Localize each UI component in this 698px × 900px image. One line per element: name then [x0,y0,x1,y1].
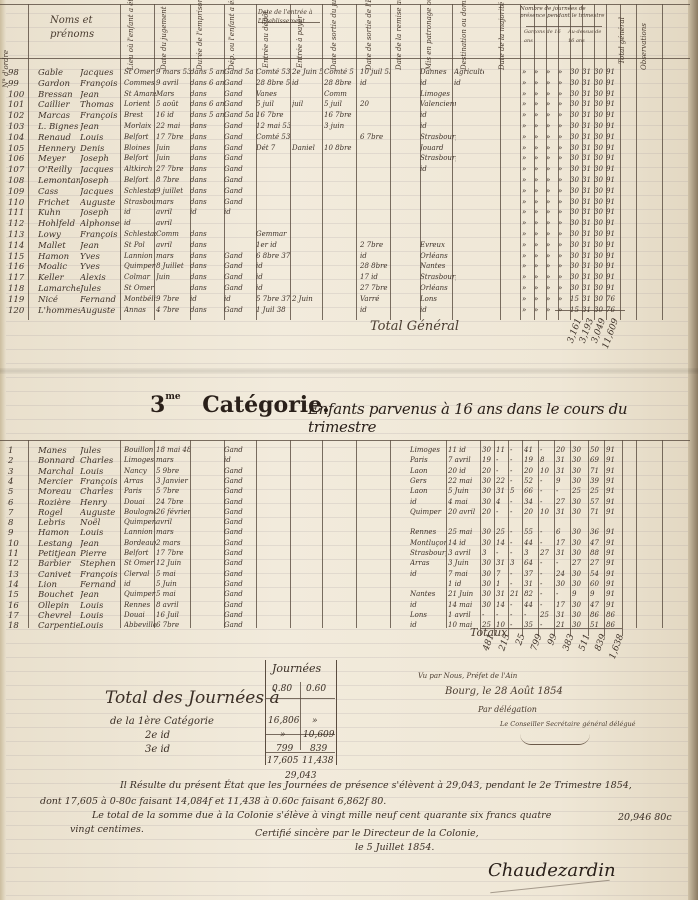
cell-dest: Lons [410,611,446,619]
cell-days: 31 [582,306,594,314]
cell-date: Juin [156,154,190,162]
cell-days: 31 [582,100,594,108]
cell-patron: Orléans [420,284,456,292]
cell-place: St Omer [124,559,156,567]
cell-days: 31 [582,122,594,130]
cell-first: Louis [80,611,120,621]
cell-days: 10 [540,467,552,475]
cell-days: 30 [572,467,584,475]
cell-dep: Gand [224,90,256,98]
cell-first: Alphonse [80,219,120,229]
cell-days: 30 [482,559,494,567]
bottom-total-value: 383 [561,633,576,653]
summary-3-a: 799 [276,744,293,754]
bottom-total-value: 839 [593,633,608,653]
cell-days: 30 [572,580,584,588]
cell-days: 34 [524,498,536,506]
cell-last: Hennery [38,144,80,154]
cell-days: 30 [570,230,582,238]
summary-title: Total des Journées à [105,688,280,708]
cell-days: 31 [582,187,594,195]
cell-date: 22 mai [156,122,190,130]
cell-days: 91 [606,273,620,281]
cell-days: 69 [590,456,604,464]
cell-date16: 5 Juin [448,487,478,495]
cell-days: 27 [556,498,568,506]
cell-days: 91 [606,601,620,609]
cell-dur: dans [190,90,224,98]
cell-transfer: juil [292,100,322,108]
cell-days: 17 [556,601,568,609]
cell-days: 91 [606,187,620,195]
cell-first: François [80,79,120,89]
cell-patron: id [420,122,456,130]
cell-first: Auguste [80,508,120,518]
cell-empty: » [522,198,534,206]
cell-release: 28 8bre [324,79,358,87]
cell-days: 30 [482,580,494,588]
cell-first: Jean [80,590,120,600]
cell-num: 6 [8,498,28,508]
cell-last: Bouchet [38,590,80,600]
cell-first: Henry [80,498,120,508]
cell-patron: id [420,306,456,314]
cell-days: - [540,621,552,629]
cell-empty: » [546,100,558,108]
cell-dep: Gand [224,549,256,557]
cell-first: Denis [80,144,120,154]
cell-days: 91 [606,68,620,76]
cell-days: 1 [496,580,508,588]
cell-empty: » [546,252,558,260]
cell-days: 86 [590,611,604,619]
cell-days: 31 [582,284,594,292]
cell-days: 5 [510,487,522,495]
cell-days: 31 [582,198,594,206]
cell-date: 5 mai [156,570,190,578]
cell-dur: dans [190,273,224,281]
cell-days: 91 [606,252,620,260]
statement-line2: dont 17,605 à 0-80c faisant 14,084f et 1… [40,796,386,807]
cell-days: 11 [496,446,508,454]
cell-days: 30 [570,252,582,260]
statement-line6: le 5 Juillet 1854. [355,842,434,853]
cell-dest: Rennes [410,528,446,536]
cell-days: 20 [482,467,494,475]
cell-days: 37 [524,570,536,578]
cell-date16: 20 id [448,467,478,475]
cell-place: Belfort [124,176,156,184]
cell-num: 106 [8,154,28,164]
cell-days: 19 [524,456,536,464]
cell-last: Petitjean [38,549,80,559]
cell-days: 66 [524,487,536,495]
cell-entry: id [256,284,290,292]
cell-last: Manes [38,446,80,456]
cell-dur: dans [190,198,224,206]
cell-patron: id [420,165,456,173]
cell-first: Jacques [80,68,120,78]
cell-empty: » [546,262,558,270]
cell-first: Jacques [80,165,120,175]
cell-patron: Lons [420,295,456,303]
cell-days: 91 [606,79,620,87]
cell-date: 5 août [156,100,190,108]
cell-days: - [556,487,568,495]
cell-release: 5 juil [324,100,358,108]
cell-empty: » [522,262,534,270]
cell-dep: Gand [224,176,256,184]
cell-first: Louis [80,133,120,143]
cell-days: 30 [570,187,582,195]
cell-last: O'Reilly [38,165,80,175]
cell-days: 31 [556,508,568,516]
cell-last: Gable [38,68,80,78]
cell-empty: » [522,208,534,216]
cell-days: 31 [582,208,594,216]
cell-days: 9 [556,477,568,485]
cell-empty: » [522,230,534,238]
cell-empty: » [546,165,558,173]
cell-patron: Dannes [420,68,456,76]
cell-empty: » [546,219,558,227]
cell-days: - [496,467,508,475]
cell-last: Lamarche [38,284,80,294]
cell-last: Carpentier [38,621,80,631]
cell-empty: » [546,144,558,152]
cell-release: 3 juin [324,122,358,130]
cell-days: 19 [482,456,494,464]
cell-num: 101 [8,100,28,110]
cell-days: - [556,559,568,567]
cell-empty: » [522,273,534,281]
cell-patron: Orléans [420,252,456,260]
cell-last: Kuhn [38,208,80,218]
cell-patron: Limoges [420,90,456,98]
cell-days: 91 [606,456,620,464]
cell-first: Jean [80,241,120,251]
cell-days: 91 [606,208,620,216]
cell-days: 30 [594,111,606,119]
cell-dep: Gand [224,187,256,195]
cell-days: 31 [582,154,594,162]
cell-empty: » [546,111,558,119]
cell-place: id [124,580,156,588]
cell-dep: Gand [224,306,256,314]
cell-days: 50 [590,446,604,454]
cell-days: 30 [594,133,606,141]
cell-dest: Montluçon [410,539,446,547]
cell-dest: Agriculteur [454,68,484,76]
cell-dur: dans [190,176,224,184]
cell-leave: 27 7bre [360,284,390,292]
cell-num: 8 [8,518,28,528]
cell-days: - [510,539,522,547]
cell-dest: id [410,621,446,629]
cell-patron: Strasbourg [420,154,456,162]
cell-place: Lannion [124,252,156,260]
cell-days: 10 [540,508,552,516]
cell-dep: Gand [224,518,256,526]
cell-days: 60 [590,580,604,588]
cell-days: 27 [590,559,604,567]
cell-date: avril [156,219,190,227]
cell-days: - [540,570,552,578]
cell-days: 31 [524,580,536,588]
cell-place: Belfort [124,133,156,141]
cert-signature [520,734,590,745]
cell-days: 31 [582,111,594,119]
cell-empty: » [558,90,570,98]
cell-days: 91 [606,219,620,227]
cell-first: Louis [80,601,120,611]
cell-empty: » [558,198,570,206]
cell-date: Comm [156,230,190,238]
header-age16: Date de la majorité à 16 ans [498,20,506,70]
cell-date16: 7 mai [448,570,478,578]
cell-first: François [80,111,120,121]
cell-place: Colmar [124,273,156,281]
cell-days: 91 [606,262,620,270]
cell-days: 30 [594,295,606,303]
header-bottom-rule [0,58,690,59]
cell-empty: » [558,230,570,238]
cell-num: 15 [8,590,28,600]
cell-num: 12 [8,559,28,569]
header-entry-pay: Entrée à payer [296,28,304,68]
cell-empty: » [558,219,570,227]
header-judgment-date: Date du jugement [160,10,168,70]
bottom-total-value: 799 [529,633,544,653]
cell-empty: » [534,230,546,238]
cell-place: St Omer [124,284,156,292]
cell-last: Mercier [38,477,80,487]
cell-days: - [510,467,522,475]
cell-num: 3 [8,467,28,477]
cell-last: Canivet [38,570,80,580]
cell-days: - [510,508,522,516]
cell-date16: 14 mai [448,601,478,609]
cell-days: 14 [496,539,508,547]
cell-days: 44 [524,539,536,547]
cell-place: Belfort [124,549,156,557]
cell-place: Bloines [124,144,156,152]
cell-days: 3 [510,559,522,567]
cell-patron: Strasbourg [420,133,456,141]
cell-date16: 7 avril [448,456,478,464]
cell-num: 112 [8,219,28,229]
cell-days: 91 [606,570,620,578]
cell-date: 8 Juillet [156,262,190,270]
cell-first: Yves [80,252,120,262]
cell-dest: id [410,601,446,609]
cell-num: 117 [8,273,28,283]
cell-days: 91 [606,165,620,173]
cell-date16: 25 mai [448,528,478,536]
cell-days: 27 [540,549,552,557]
cell-days: 31 [582,252,594,260]
cell-num: 111 [8,208,28,218]
cell-dep: id [224,456,256,464]
cell-date: 18 mai 48 [156,446,190,454]
cell-days: 30 [572,446,584,454]
cell-days: - [510,498,522,506]
director-signature: Chaudezardin [488,860,616,881]
cell-empty: » [534,111,546,119]
cell-dep: Gand 5a [224,68,256,76]
cell-dep: Gand [224,154,256,162]
cell-entry: id [256,262,290,270]
cell-empty: » [534,187,546,195]
cell-dest: Laon [410,467,446,475]
cell-num: 11 [8,549,28,559]
cell-empty: » [534,122,546,130]
cell-empty: » [558,144,570,152]
category-heading: 3me Catégorie. [150,392,330,418]
cell-empty: » [522,165,534,173]
cell-entry: 6 8bre 37 [256,252,290,260]
cell-last: Rogel [38,508,80,518]
cell-days: 30 [594,208,606,216]
cell-first: Jean [80,122,120,132]
cell-days: 30 [594,241,606,249]
header-remarks: Observations [640,10,648,70]
cell-dep: Gand [224,100,256,108]
cell-empty: » [534,90,546,98]
summary-2-a: » [280,730,286,740]
cell-days: 14 [496,601,508,609]
cell-days: 71 [590,467,604,475]
cell-days: 27 [572,559,584,567]
cell-last: L'hommes [38,306,80,316]
cell-days: 30 [556,580,568,588]
cell-days: 36 [590,528,604,536]
cell-last: Renaud [38,133,80,143]
summary-line-2: 2e id [145,730,170,741]
cell-days: 30 [570,208,582,216]
cell-empty: » [558,273,570,281]
cell-days: 30 [594,262,606,270]
cell-last: Caillier [38,100,80,110]
cell-days: 30 [482,498,494,506]
cell-date: 16 Juil [156,611,190,619]
cell-entry: Gemmar [256,230,290,238]
cell-dur: dans [190,165,224,173]
cell-num: 14 [8,580,28,590]
cell-empty: » [546,176,558,184]
cell-first: Charles [80,487,120,497]
cell-days: 31 [556,549,568,557]
cell-days: 31 [582,241,594,249]
cell-days: 9 [572,590,584,598]
cell-dep: Gand [224,508,256,516]
cell-empty: » [546,133,558,141]
cell-first: Joseph [80,176,120,186]
cell-days: - [510,580,522,588]
header-entry-at: Entrée au dépôt [262,28,270,68]
cell-days: 30 [594,68,606,76]
cell-place: Annas [124,306,156,314]
cell-dep: Gand [224,446,256,454]
cell-days: - [510,549,522,557]
cell-date: 2 mars [156,539,190,547]
cell-empty: » [522,122,534,130]
cell-num: 114 [8,241,28,251]
cell-place: Schlestadt [124,187,156,195]
cell-days: 91 [606,487,620,495]
cell-dest: id [410,498,446,506]
cell-days: 31 [556,467,568,475]
cell-place: Morlaix [124,122,156,130]
cell-dep: Gand [224,122,256,130]
cell-first: Jean [80,90,120,100]
cell-last: Lemontant [38,176,80,186]
category-suffix: me [165,392,180,402]
cell-date: 9 avril [156,79,190,87]
cell-days: 55 [524,528,536,536]
header-days-group: Nombre de journées de présence pendant l… [520,6,610,20]
cell-num: 100 [8,90,28,100]
cell-days: - [510,477,522,485]
cell-days: 31 [582,90,594,98]
cell-place: Clerval [124,570,156,578]
cell-num: 108 [8,176,28,186]
cell-days: 15 [570,306,582,314]
cell-first: Jules [80,446,120,456]
cell-days: 30 [594,154,606,162]
cell-place: Strasbourg [124,198,156,206]
cell-date: mars [156,528,190,536]
cell-days: - [540,580,552,588]
cell-first: Jean [80,539,120,549]
cell-days: 30 [482,570,494,578]
cell-num: 118 [8,284,28,294]
cell-dep: Gand [224,570,256,578]
cell-dur: dans [190,284,224,292]
cell-days: 91 [606,467,620,475]
cell-place: Abbeville [124,621,156,629]
cell-days: 30 [572,539,584,547]
cell-empty: » [546,295,558,303]
cell-leave: id [360,252,390,260]
cell-days: 30 [570,284,582,292]
cell-first: Fernand [80,295,120,305]
cell-empty: » [522,241,534,249]
cell-days: - [540,498,552,506]
cell-days: 31 [582,230,594,238]
cell-days: 30 [482,487,494,495]
cell-dep: Gand [224,590,256,598]
cell-transfer: id [292,79,322,87]
cell-days: 30 [594,122,606,130]
cell-days: 30 [482,446,494,454]
cell-date: 12 Juin [156,559,190,567]
cell-days: 8 [540,456,552,464]
cell-empty: » [534,100,546,108]
cell-days: 30 [570,198,582,206]
cell-patron: id [420,79,456,87]
cell-date: 27 7bre [156,165,190,173]
cell-days: - [540,487,552,495]
cell-date: mars [156,198,190,206]
cell-date: 5 mai [156,590,190,598]
cell-num: 115 [8,252,28,262]
cell-days: 88 [590,549,604,557]
cell-empty: » [522,100,534,108]
cell-date: avril [156,208,190,216]
cell-days: 31 [582,68,594,76]
cell-days: 31 [582,219,594,227]
